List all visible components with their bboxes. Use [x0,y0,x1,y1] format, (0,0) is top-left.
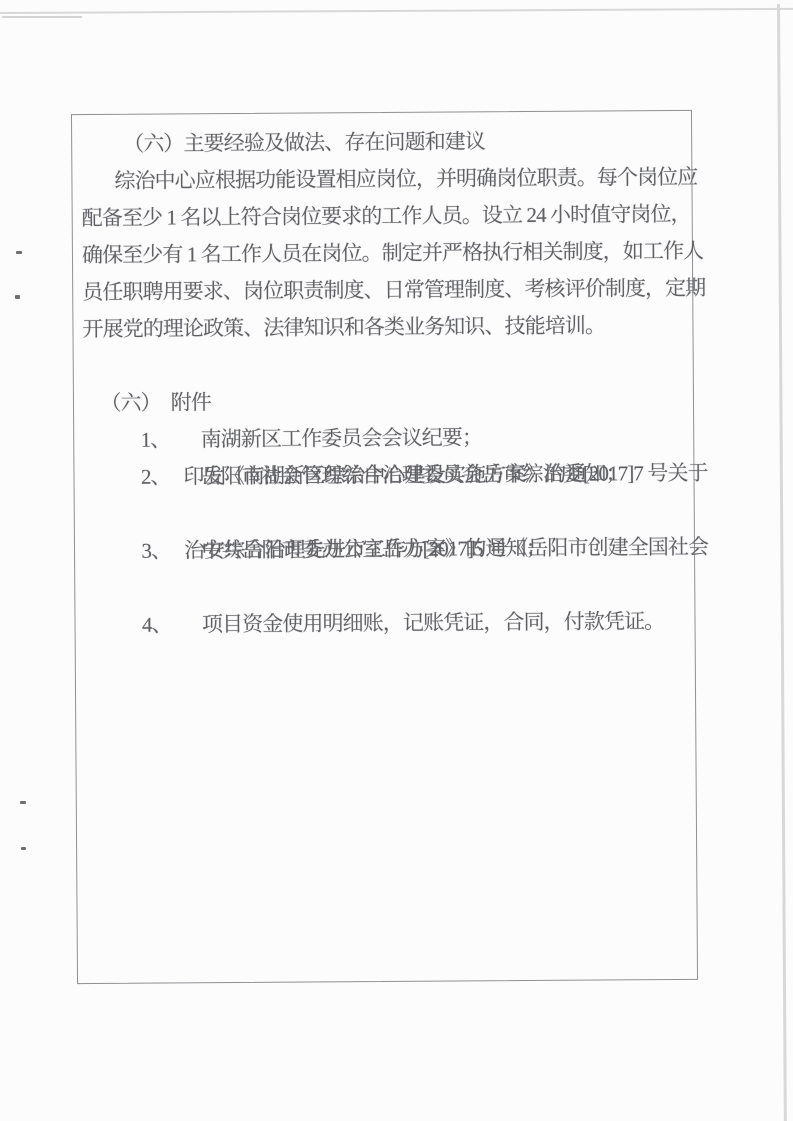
attachment-line: 中共岳阳市委办公室岳办[2017]5 号《岳阳市创建全国社会 [201,535,708,563]
section-heading-attachments: （六）附件 [83,344,685,385]
scan-speck [16,251,22,254]
attachment-item-number: 3、 [141,532,201,569]
scan-edge-line-right [777,4,787,1121]
paragraph-line: 开展党的理论政策、法律知识和各类业务知识、技能培训。 [82,307,684,348]
scan-speck [20,801,26,804]
attachment-item: 3、中共岳阳市委办公室岳办[2017]5 号《岳阳市创建全国社会 [84,492,686,533]
section-heading-experience: （六）主要经验及做法、存在问题和建议 [81,122,683,163]
scan-speck [21,847,26,850]
scan-speck [15,295,20,299]
attachment-line: 岳阳市社会管理综合治理委员会岳市综治委[2017]7 号关于 [201,461,708,489]
scan-edge-dash-top-left [2,16,82,18]
scan-edge-line-top [0,8,793,14]
paragraph-line: 配备至少 1 名以上符合岗位要求的工作人员。设立 24 小时值守岗位， [82,196,684,237]
attachment-item: 2、岳阳市社会管理综合治理委员会岳市综治委[2017]7 号关于 [83,418,685,459]
scanned-document-page: { "theme": { "page_bg": "#fcfcfc", "text… [0,0,793,1121]
paragraph-line: 综治中心应根据功能设置相应岗位，并明确岗位职责。每个岗位应 [81,159,683,200]
attachment-item: 4、项目资金使用明细账，记账凭证，合同，付款凭证。 [84,566,686,607]
content-border-box: （六）主要经验及做法、存在问题和建议 综治中心应根据功能设置相应岗位，并明确岗位… [71,110,698,984]
attachment-item-number: 4、 [142,606,202,643]
attachment-item: 1、南湖新区工作委员会会议纪要； [83,381,685,422]
attachment-item-number: 2、 [141,458,201,495]
attachment-line: 项目资金使用明细账，记账凭证，合同，付款凭证。 [202,609,664,636]
paragraph-line: 确保至少有 1 名工作人员在岗位。制定并严格执行相关制度，如工作人 [82,233,684,274]
paragraph-line: 员任职聘用要求、岗位职责制度、日常管理制度、考核评价制度，定期 [82,270,684,311]
